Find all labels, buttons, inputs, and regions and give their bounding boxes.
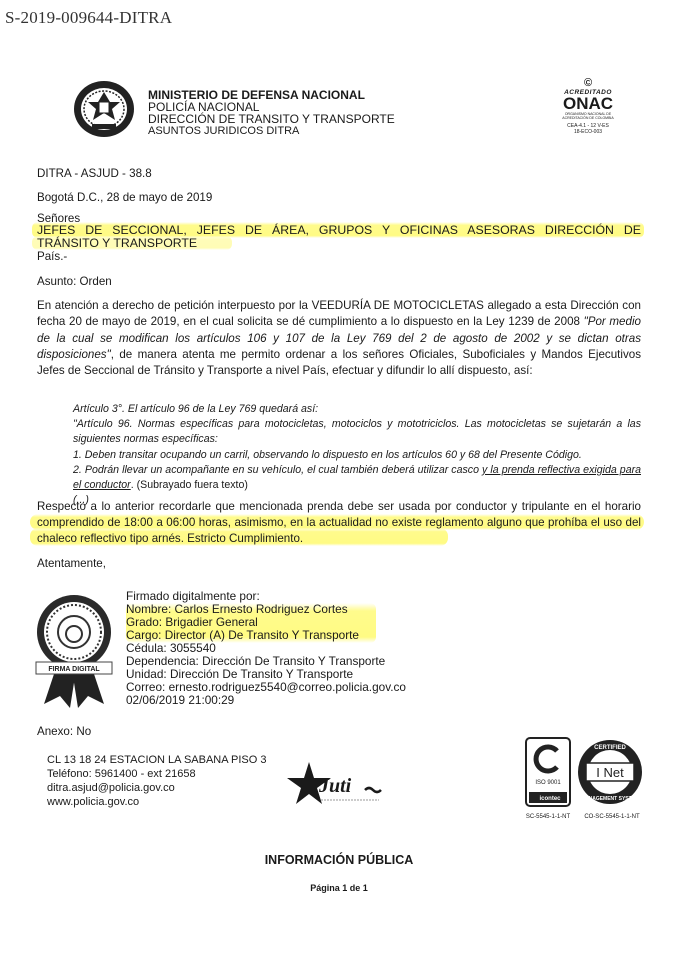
- annex: Anexo: No: [37, 724, 91, 740]
- country: País.-: [37, 250, 67, 263]
- classification: INFORMACIÓN PÚBLICA: [0, 853, 678, 867]
- page-number: Página 1 de 1: [0, 883, 678, 893]
- police-crest-logo: [66, 78, 142, 140]
- subject: Asunto: Orden: [37, 274, 112, 290]
- paragraph-1-part-2: , de manera atenta me permito ordenar a …: [37, 348, 641, 377]
- quote-item-2: 2. Podrán llevar un acompañante en su ve…: [73, 463, 641, 493]
- file-code: DITRA - ASJUD - 38.8: [37, 166, 152, 182]
- quote-item-1: 1. Deben transitar ocupando un carril, o…: [73, 448, 641, 463]
- onac-brand: ONAC: [548, 96, 628, 112]
- closing: Atentamente,: [37, 556, 106, 572]
- body-paragraph-1: En atención a derecho de petición interp…: [37, 298, 641, 379]
- onac-code-2: 18-ECO-003: [548, 129, 628, 135]
- recipients-line-2: TRÁNSITO Y TRANSPORTE: [37, 237, 197, 250]
- signer-rank: Brigadier General: [165, 615, 257, 629]
- quote-item-2-note: . (Subrayado fuera texto): [131, 479, 248, 491]
- quote-line-1: Artículo 3°. El artículo 96 de la Ley 76…: [73, 402, 641, 417]
- signer-name: Carlos Ernesto Rodriguez Cortes: [175, 602, 348, 616]
- signer-name-label: Nombre:: [126, 602, 175, 616]
- icontec-iso9001-logo: ISO 9001 icontec: [525, 737, 571, 807]
- svg-text:icontec: icontec: [539, 796, 561, 802]
- footer-address: CL 13 18 24 ESTACION LA SABANA PISO 3: [47, 753, 267, 767]
- svg-text:FIRMA DIGITAL: FIRMA DIGITAL: [48, 666, 100, 673]
- svg-text:ISO 9001: ISO 9001: [535, 780, 561, 786]
- iqnet-certified-logo: I Net CERTIFIED MANAGEMENT SYSTEM: [576, 737, 644, 807]
- svg-text:MANAGEMENT SYSTEM: MANAGEMENT SYSTEM: [581, 796, 639, 802]
- place-date: Bogotá D.C., 28 de mayo de 2019: [37, 190, 212, 206]
- recipients-line-1: JEFES DE SECCIONAL, JEFES DE ÁREA, GRUPO…: [37, 223, 641, 237]
- svg-text:I Net: I Net: [596, 765, 624, 780]
- onac-swirl-icon: ©: [548, 78, 628, 89]
- quoted-article: Artículo 3°. El artículo 96 de la Ley 76…: [73, 402, 641, 508]
- quote-item-2-text: 2. Podrán llevar un acompañante en su ve…: [73, 464, 482, 476]
- svg-text:Juti: Juti: [318, 775, 352, 797]
- paragraph-2-plain: Respecto a lo anterior recordarle que me…: [37, 500, 605, 513]
- signer-position: Director (A) De Transito Y Transporte: [165, 628, 359, 642]
- reference-stamp: S-2019-009644-DITRA: [5, 8, 172, 28]
- onac-accreditation-logo: © ACREDITADO ONAC ORGANISMO NACIONAL DE …: [548, 78, 628, 135]
- footer-email[interactable]: ditra.asjud@policia.gov.co: [47, 781, 175, 795]
- signer-rank-label: Grado:: [126, 615, 165, 629]
- digital-signature-seal-icon: FIRMA DIGITAL: [30, 592, 118, 710]
- signature-timestamp: 02/06/2019 21:00:29: [126, 694, 234, 707]
- header-office: ASUNTOS JURIDICOS DITRA: [148, 125, 299, 138]
- footer-phone: Teléfono: 5961400 - ext 21658: [47, 767, 196, 781]
- quote-line-2: "Artículo 96. Normas específicas para mo…: [73, 417, 641, 447]
- header-directorate: DIRECCIÓN DE TRANSITO Y TRANSPORTE: [148, 113, 395, 126]
- onac-sub: ORGANISMO NACIONAL DE ACREDITACIÓN DE CO…: [548, 112, 628, 120]
- campaign-star-logo: Juti: [287, 760, 387, 808]
- iqnet-code: CO-SC-5545-1-1-NT: [570, 814, 654, 820]
- svg-text:CERTIFIED: CERTIFIED: [594, 745, 626, 751]
- signer-position-label: Cargo:: [126, 628, 165, 642]
- paragraph-1-part-1: En atención a derecho de petición interp…: [37, 299, 641, 328]
- body-paragraph-2: Respecto a lo anterior recordarle que me…: [37, 499, 641, 547]
- footer-website[interactable]: www.policia.gov.co: [47, 795, 139, 809]
